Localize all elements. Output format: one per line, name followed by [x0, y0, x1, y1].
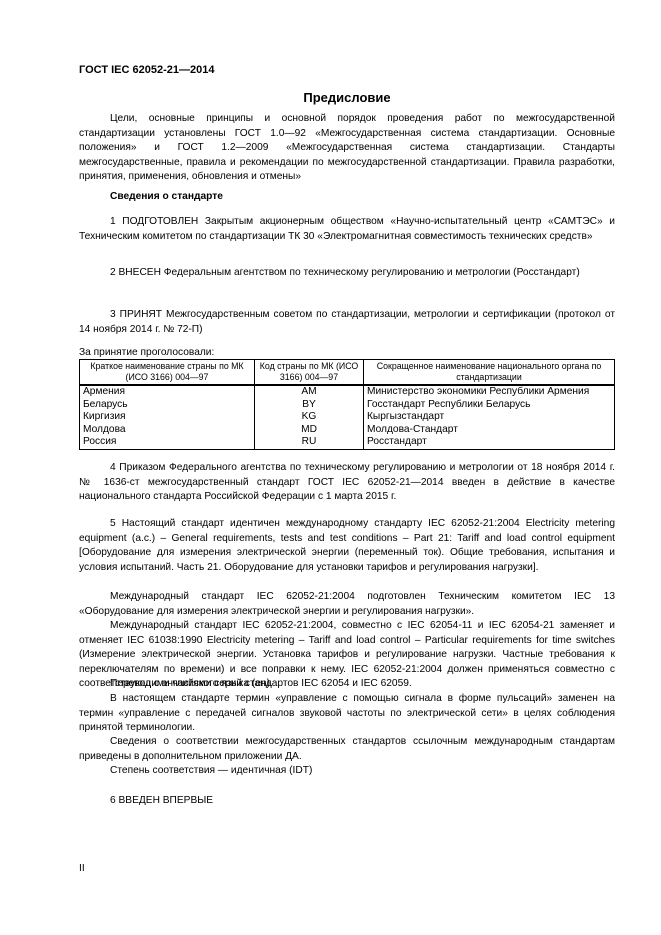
header-code: Код страны по МК (ИСО 3166) 004—97	[255, 360, 364, 386]
item-1-text: 1 ПОДГОТОВЛЕН Закрытым акционерным общес…	[79, 216, 615, 242]
page-title: Предисловие	[79, 90, 615, 105]
section-title: Сведения о стандарте	[110, 191, 223, 202]
item-5-term-text: В настоящем стандарте термин «управление…	[79, 693, 615, 733]
cell-body: Министерство экономики Республики Армени…	[364, 385, 615, 399]
item-5-translation: Перевод с английского языка (en).	[79, 677, 615, 692]
item-5-committee: Международный стандарт IEC 62052-21:2004…	[79, 590, 615, 619]
item-2-text: 2 ВНЕСЕН Федеральным агентством по техни…	[110, 267, 580, 278]
item-5-translation-text: Перевод с английского языка (en).	[110, 678, 273, 689]
table-header-row: Краткое наименование страны по МК (ИСО 3…	[80, 360, 615, 386]
item-3: 3 ПРИНЯТ Межгосударственным советом по с…	[79, 308, 615, 337]
cell-body: Госстандарт Республики Беларусь	[364, 399, 615, 412]
item-5-committee-text: Международный стандарт IEC 62052-21:2004…	[79, 591, 615, 617]
item-4: 4 Приказом Федерального агентства по тех…	[79, 461, 615, 505]
table-row: Беларусь BY Госстандарт Республики Белар…	[80, 399, 615, 412]
item-5-degree-text: Степень соответствия — идентичная (IDT)	[110, 765, 312, 776]
header-body: Сокращенное наименование национального о…	[364, 360, 615, 386]
item-5: 5 Настоящий стандарт идентичен междунаро…	[79, 517, 615, 575]
cell-code: MD	[255, 424, 364, 437]
item-4-text: 4 Приказом Федерального агентства по тех…	[79, 462, 615, 502]
item-1: 1 ПОДГОТОВЛЕН Закрытым акционерным общес…	[79, 215, 615, 244]
item-5-correspondence: Сведения о соответствии межгосударственн…	[79, 735, 615, 764]
page-number: II	[79, 863, 85, 874]
table-row: Армения AM Министерство экономики Респуб…	[80, 385, 615, 399]
item-5-term: В настоящем стандарте термин «управление…	[79, 692, 615, 736]
intro-text: Цели, основные принципы и основной поряд…	[79, 113, 615, 182]
table-row: Молдова MD Молдова-Стандарт	[80, 424, 615, 437]
item-5-text: 5 Настоящий стандарт идентичен междунаро…	[79, 518, 615, 573]
cell-country: Киргизия	[80, 411, 255, 424]
item-5-correspondence-text: Сведения о соответствии межгосударственн…	[79, 736, 615, 762]
votes-table: Краткое наименование страны по МК (ИСО 3…	[79, 359, 615, 450]
cell-code: KG	[255, 411, 364, 424]
cell-code: BY	[255, 399, 364, 412]
header-country: Краткое наименование страны по МК (ИСО 3…	[80, 360, 255, 386]
item-6: 6 ВВЕДЕН ВПЕРВЫЕ	[79, 794, 615, 809]
cell-country: Россия	[80, 436, 255, 449]
cell-country: Армения	[80, 385, 255, 399]
cell-body: Кыргызстандарт	[364, 411, 615, 424]
votes-label: За принятие проголосовали:	[79, 347, 214, 358]
table-row: Киргизия KG Кыргызстандарт	[80, 411, 615, 424]
cell-code: RU	[255, 436, 364, 449]
table-row: Россия RU Росстандарт	[80, 436, 615, 449]
item-3-text: 3 ПРИНЯТ Межгосударственным советом по с…	[79, 309, 615, 335]
document-id: ГОСТ IEC 62052-21—2014	[79, 64, 214, 76]
cell-country: Беларусь	[80, 399, 255, 412]
item-5-degree: Степень соответствия — идентичная (IDT)	[79, 764, 615, 779]
intro-paragraph: Цели, основные принципы и основной поряд…	[79, 112, 615, 185]
cell-body: Молдова-Стандарт	[364, 424, 615, 437]
cell-body: Росстандарт	[364, 436, 615, 449]
cell-country: Молдова	[80, 424, 255, 437]
item-2: 2 ВНЕСЕН Федеральным агентством по техни…	[79, 266, 615, 281]
cell-code: AM	[255, 385, 364, 399]
item-6-text: 6 ВВЕДЕН ВПЕРВЫЕ	[110, 795, 213, 806]
